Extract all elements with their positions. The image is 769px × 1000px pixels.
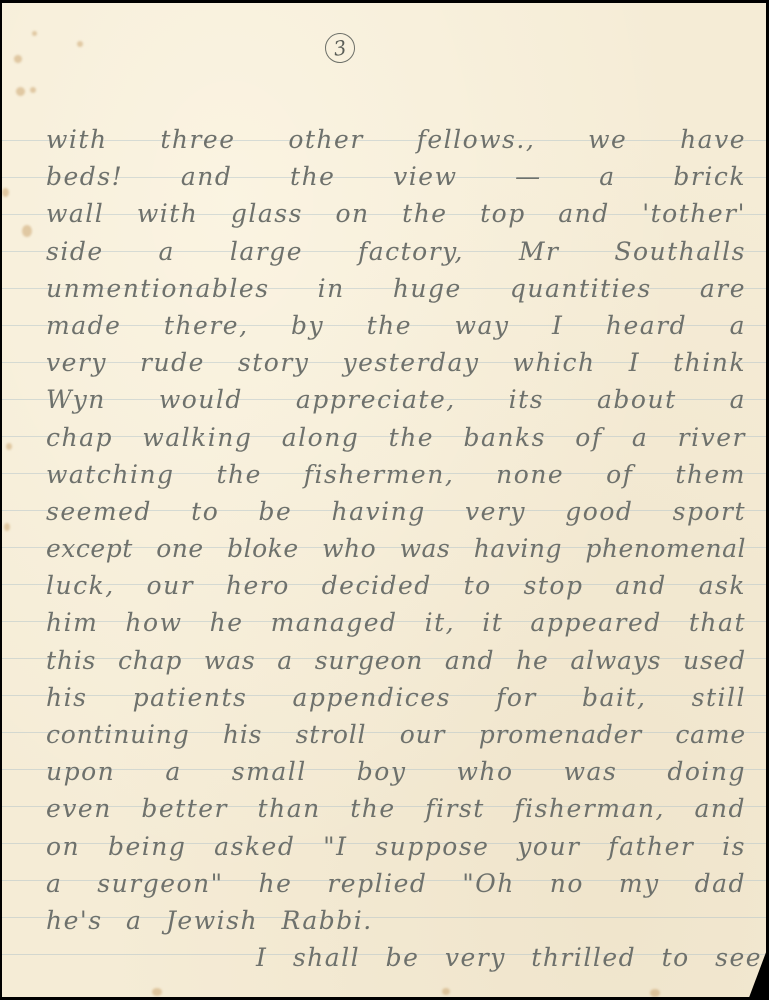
handwritten-line: upon a small boy who was doing: [46, 753, 746, 790]
handwritten-line: except one bloke who was having phenomen…: [46, 530, 746, 567]
handwritten-line: on being asked "I suppose your father is: [46, 828, 746, 865]
letter-page: 3 with three other fellows., we have bed…: [2, 3, 766, 997]
handwritten-line: made there, by the way I heard a: [46, 307, 746, 344]
handwritten-line: continuing his stroll our promenader cam…: [46, 716, 746, 753]
handwritten-line: he's a Jewish Rabbi.: [46, 902, 746, 939]
handwritten-line: watching the fishermen, none of them: [46, 456, 746, 493]
handwritten-line: wall with glass on the top and 'tother': [46, 195, 746, 232]
letter-body: with three other fellows., we have beds!…: [46, 121, 746, 976]
handwritten-line: even better than the first fisherman, an…: [46, 790, 746, 827]
handwritten-line: with three other fellows., we have: [46, 121, 746, 158]
handwritten-line: I shall be very thrilled to see: [46, 939, 746, 976]
page-number: 3: [332, 35, 348, 61]
handwritten-line: side a large factory, Mr Southalls: [46, 233, 746, 270]
handwritten-line: chap walking along the banks of a river: [46, 419, 746, 456]
handwritten-line: seemed to be having very good sport: [46, 493, 746, 530]
handwritten-line: this chap was a surgeon and he always us…: [46, 642, 746, 679]
handwritten-line: a surgeon" he replied "Oh no my dad: [46, 865, 746, 902]
handwritten-line: Wyn would appreciate, its about a: [46, 381, 746, 418]
handwritten-line: luck, our hero decided to stop and ask: [46, 567, 746, 604]
handwritten-line: his patients appendices for bait, still: [46, 679, 746, 716]
handwritten-line: unmentionables in huge quantities are: [46, 270, 746, 307]
handwritten-line: beds! and the view — a brick: [46, 158, 746, 195]
handwritten-line: him how he managed it, it appeared that: [46, 604, 746, 641]
handwritten-line: very rude story yesterday which I think: [46, 344, 746, 381]
